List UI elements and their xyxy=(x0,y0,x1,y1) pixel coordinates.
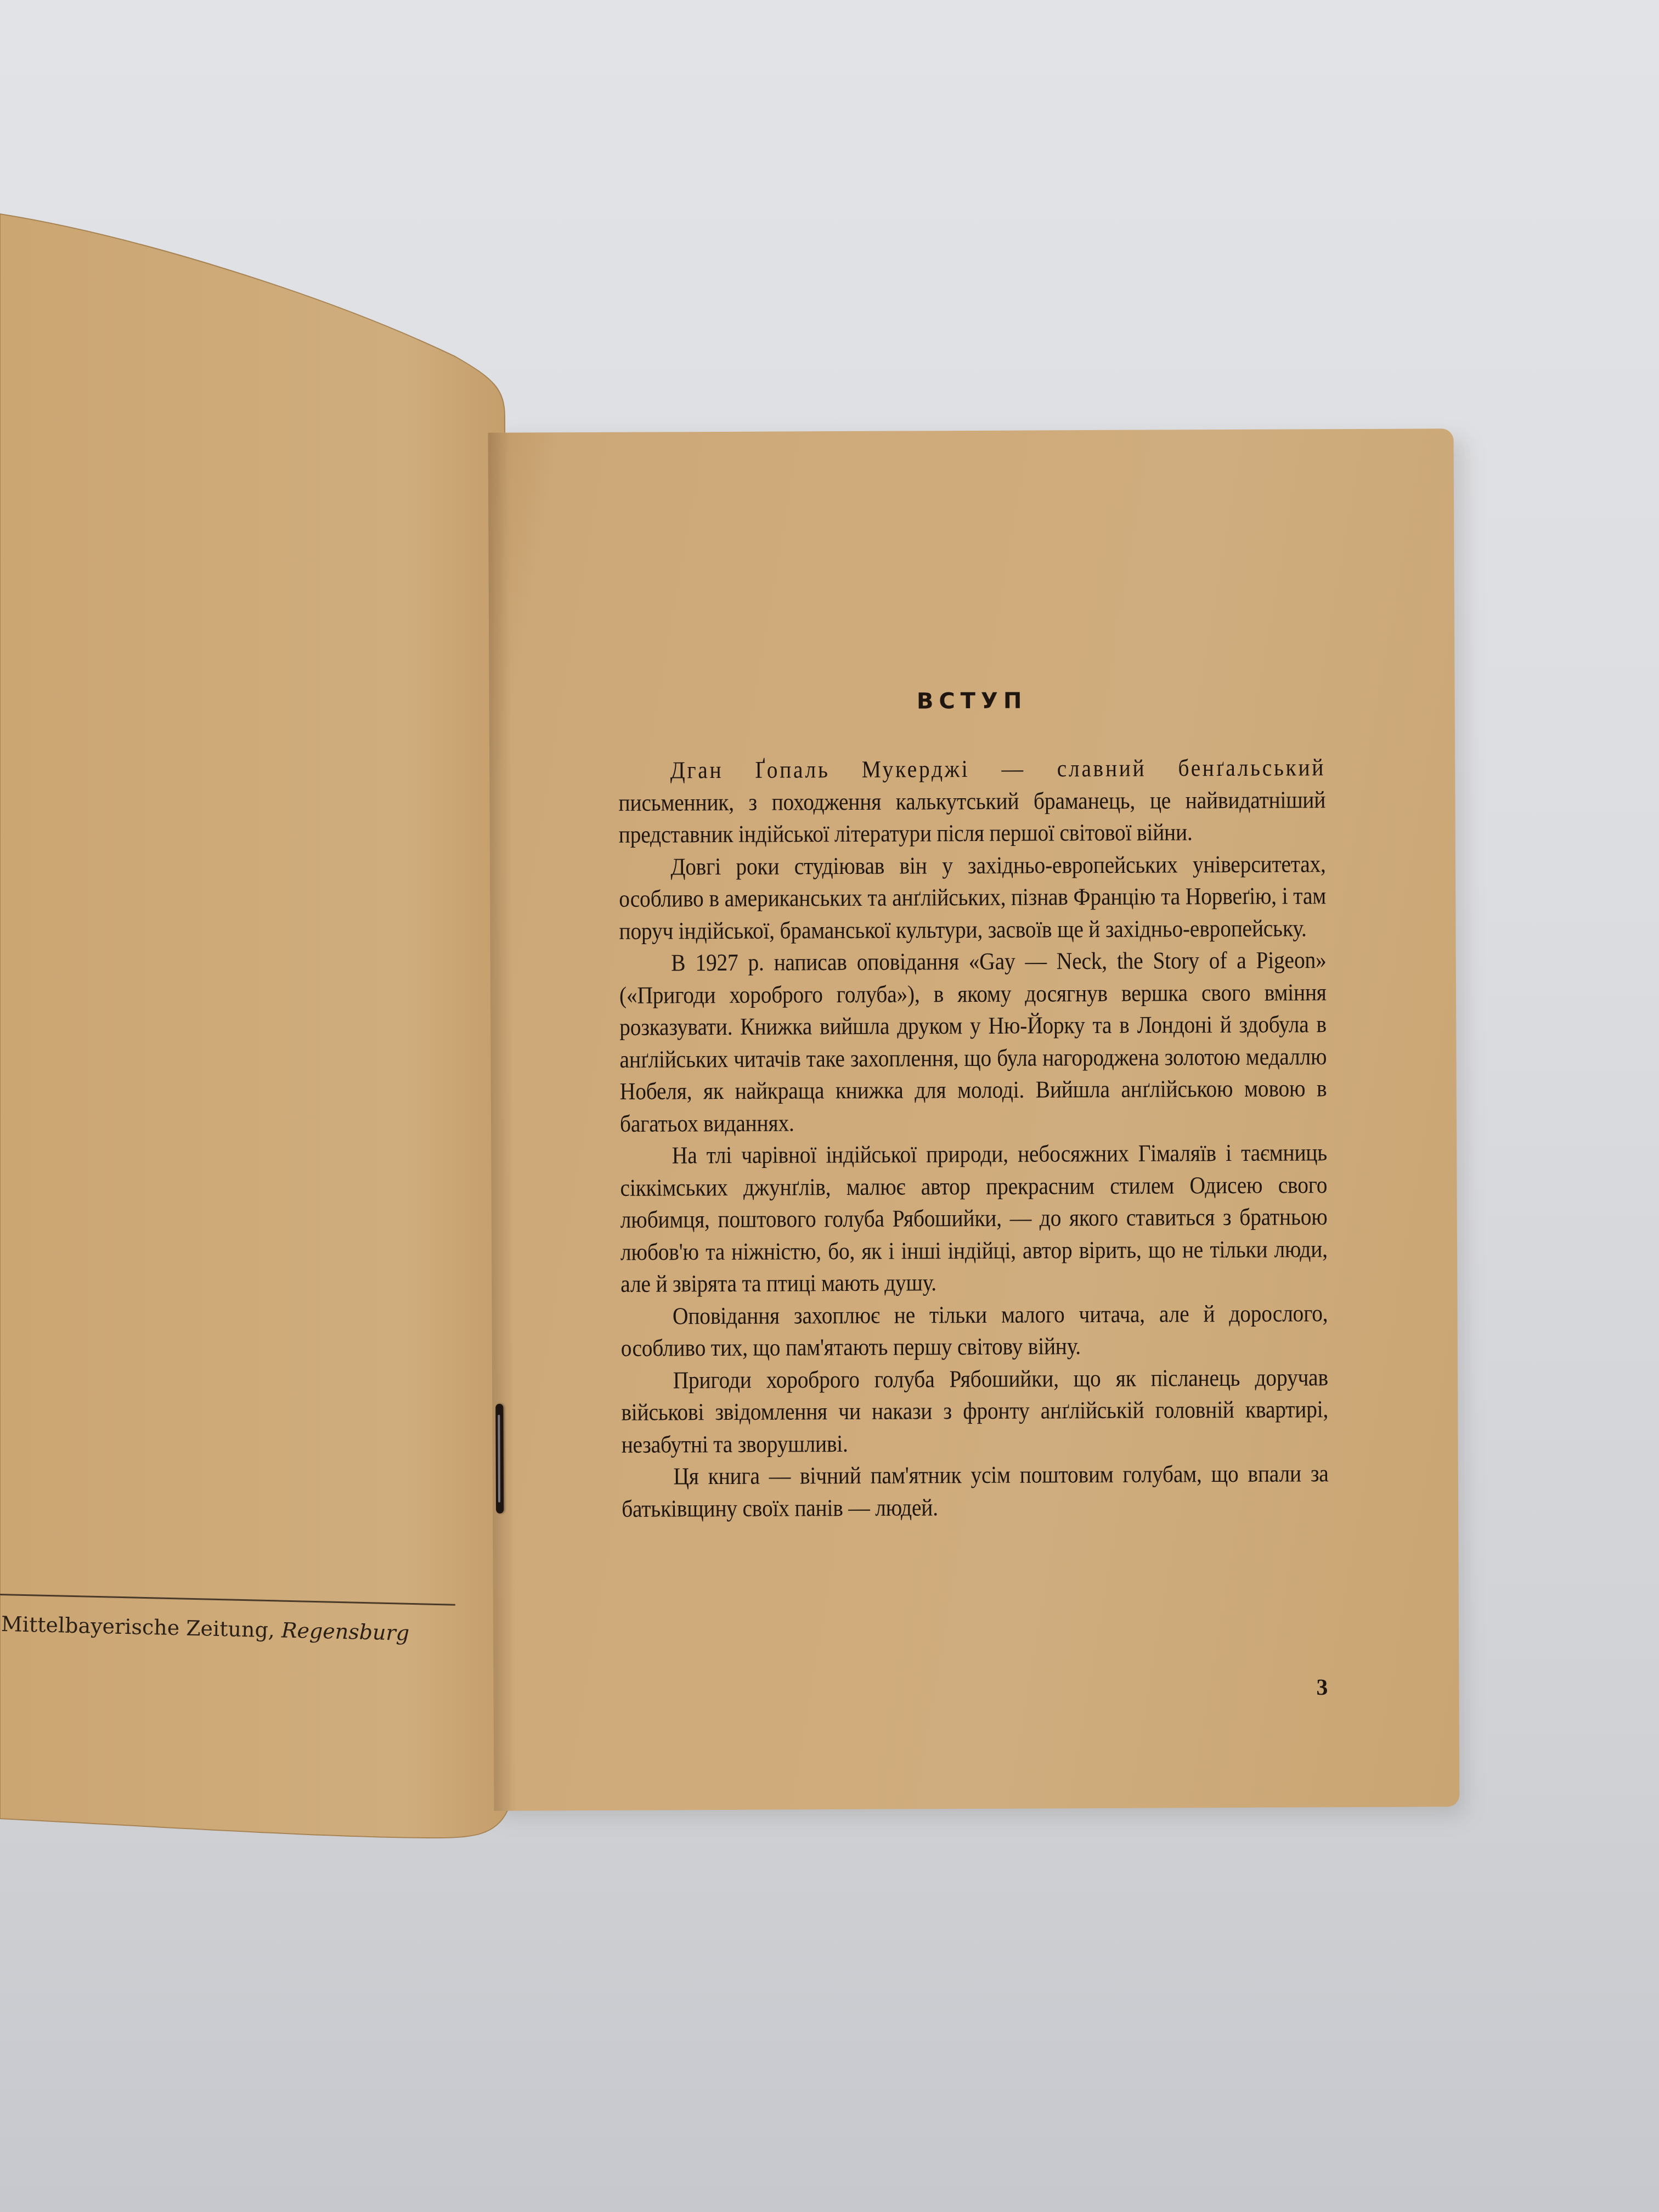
imprint-city: Regensburg xyxy=(281,1618,409,1645)
right-page: ВСТУП Дган Ґопаль Мукерджі — славний бен… xyxy=(488,428,1460,1811)
left-page: Mittelbayerische Zeitung, Regensburg xyxy=(0,0,510,2212)
staple-icon xyxy=(495,1404,504,1514)
paragraph: В 1927 р. написав оповідання «Gay — Neck… xyxy=(619,944,1327,1140)
paragraph: Довгі роки студіював він у західньо-евро… xyxy=(619,848,1326,947)
paragraph: Пригоди хороброго голуба Рябошийки, що я… xyxy=(621,1362,1328,1461)
left-page-paper xyxy=(0,0,510,2212)
page-number: 3 xyxy=(1316,1674,1328,1701)
introduction-text: ВСТУП Дган Ґопаль Мукерджі — славний бен… xyxy=(618,687,1330,1525)
paragraph: Оповідання захоплює не тільки малого чит… xyxy=(620,1297,1328,1365)
section-heading: ВСТУП xyxy=(618,687,1326,715)
paragraph: Дган Ґопаль Мукерджі — славний бенґальсь… xyxy=(618,752,1325,851)
paragraph: Ця книга — вічний пам'ятник усім поштови… xyxy=(622,1458,1329,1525)
paragraph: На тлі чарівної індійської природи, небо… xyxy=(620,1137,1328,1300)
